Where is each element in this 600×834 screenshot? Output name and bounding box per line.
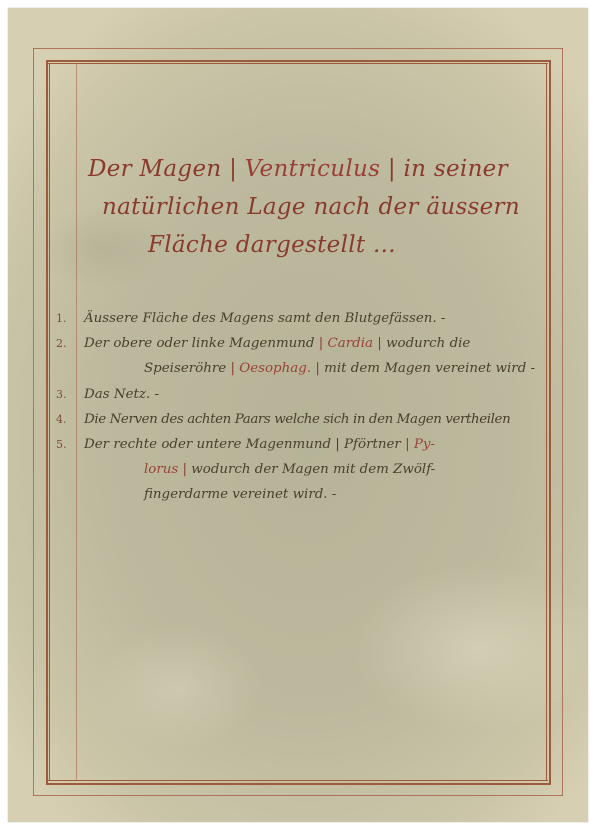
legend-item-5: 5. Der rechte oder untere Magenmund | Pf… xyxy=(52,432,548,508)
separator: | xyxy=(319,336,324,351)
legend-item-1: 1. Äussere Fläche des Magens samt den Bl… xyxy=(52,306,548,331)
item-text: wodurch die xyxy=(386,336,470,351)
inner-border-top-2 xyxy=(48,63,548,64)
outer-border-top xyxy=(33,48,563,49)
legend-item-4: 4. Die Nerven des achten Paars welche si… xyxy=(52,407,548,432)
legend-item-2: 2. Der obere oder linke Magenmund | Card… xyxy=(52,331,548,381)
inner-border-left xyxy=(46,60,48,785)
title-line-2: natürlichen Lage nach der äussern xyxy=(88,188,528,226)
document-title: Der Magen | Ventriculus | in seiner natü… xyxy=(88,150,528,264)
separator: | xyxy=(221,156,244,182)
inner-border-bottom xyxy=(46,783,550,785)
title-text: in seiner xyxy=(404,156,508,182)
item-text: Äussere Fläche des Magens samt den Blutg… xyxy=(84,311,445,326)
latin-term: Cardia xyxy=(328,336,373,351)
item-text: fingerdarme vereinet wird. - xyxy=(144,487,336,502)
item-number: 5. xyxy=(56,432,70,457)
item-text: mit dem Magen vereinet wird - xyxy=(324,361,535,376)
inner-border-right xyxy=(549,60,551,785)
item-text: Das Netz. - xyxy=(84,387,159,402)
inner-border-top xyxy=(46,60,550,62)
item-text: Der obere oder linke Magenmund xyxy=(84,336,315,351)
latin-term: Oesophag. xyxy=(239,361,311,376)
outer-border-right xyxy=(562,48,563,796)
inner-border-left-2 xyxy=(49,63,50,781)
legend-list: 1. Äussere Fläche des Magens samt den Bl… xyxy=(52,306,548,508)
latin-term: lorus xyxy=(144,462,178,477)
separator: | xyxy=(405,437,410,452)
latin-term: Py- xyxy=(414,437,435,452)
separator: | xyxy=(183,462,188,477)
separator: | xyxy=(315,361,320,376)
item-text: Speiseröhre xyxy=(144,361,226,376)
inner-border-bottom-2 xyxy=(48,780,548,781)
separator: | xyxy=(230,361,235,376)
item-text: Der rechte oder untere Magenmund | Pfört… xyxy=(84,437,401,452)
legend-item-3: 3. Das Netz. - xyxy=(52,382,548,407)
item-number: 2. xyxy=(56,331,70,356)
item-number: 3. xyxy=(56,382,70,407)
item-text: Die Nerven des achten Paars welche sich … xyxy=(84,412,510,427)
outer-border-left xyxy=(33,48,34,796)
item-text: wodurch der Magen mit dem Zwölf- xyxy=(191,462,435,477)
item-number: 1. xyxy=(56,306,70,331)
title-line-1: Der Magen | Ventriculus | in seiner xyxy=(88,150,528,188)
separator: | xyxy=(377,336,382,351)
item-number: 4. xyxy=(56,407,70,432)
separator: | xyxy=(380,156,403,182)
title-line-3: Fläche dargestellt ... xyxy=(88,226,528,264)
latin-term: Ventriculus xyxy=(245,156,380,182)
title-text: Der Magen xyxy=(88,156,221,182)
outer-border-bottom xyxy=(33,795,563,796)
